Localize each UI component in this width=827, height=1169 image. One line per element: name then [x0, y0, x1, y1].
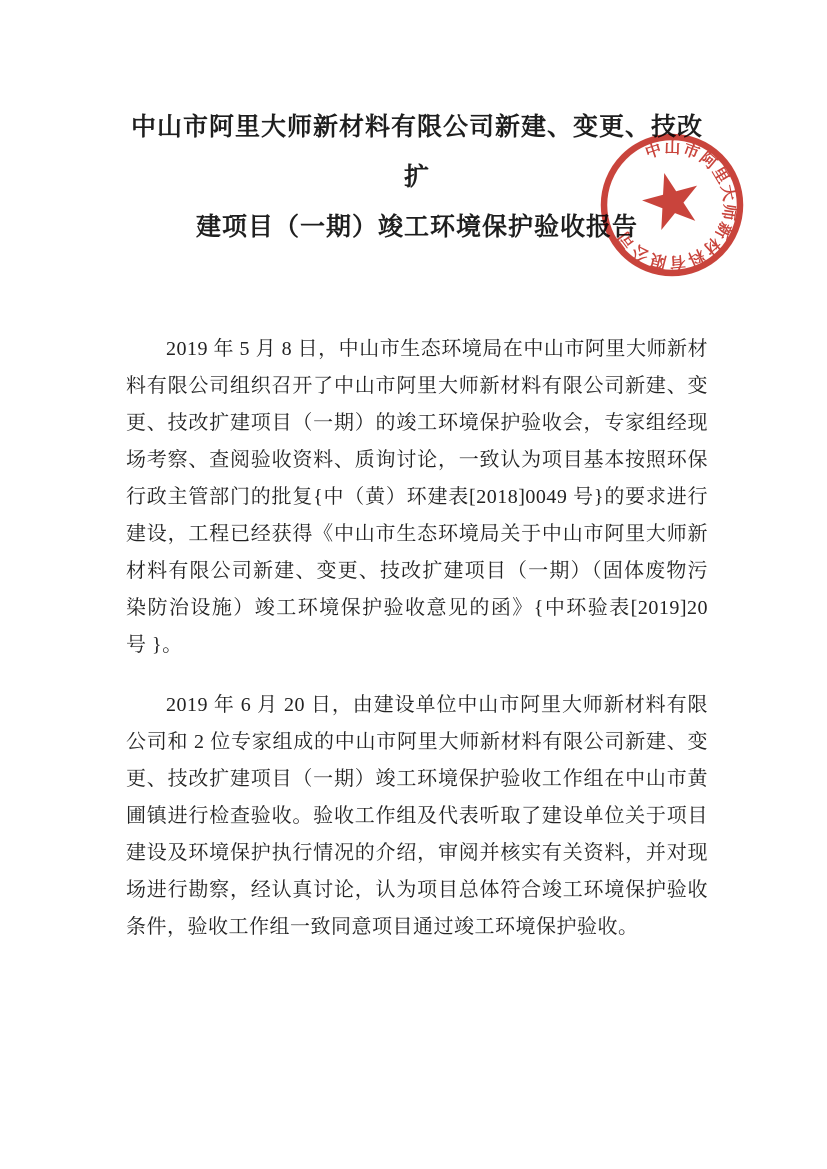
- paragraph-inspection-conclusion: 2019 年 6 月 20 日，由建设单位中山市阿里大师新材料有限公司和 2 位…: [126, 687, 708, 946]
- company-seal-stamp: 中山市阿里大师新材料有限公司: [598, 131, 746, 279]
- document-page: 中山市阿里大师新材料有限公司新建、变更、技改扩 建项目（一期）竣工环境保护验收报…: [0, 0, 827, 1169]
- paragraph-acceptance-meeting: 2019 年 5 月 8 日，中山市生态环境局在中山市阿里大师新材料有限公司组织…: [126, 331, 708, 664]
- seal-star-icon: [637, 166, 706, 233]
